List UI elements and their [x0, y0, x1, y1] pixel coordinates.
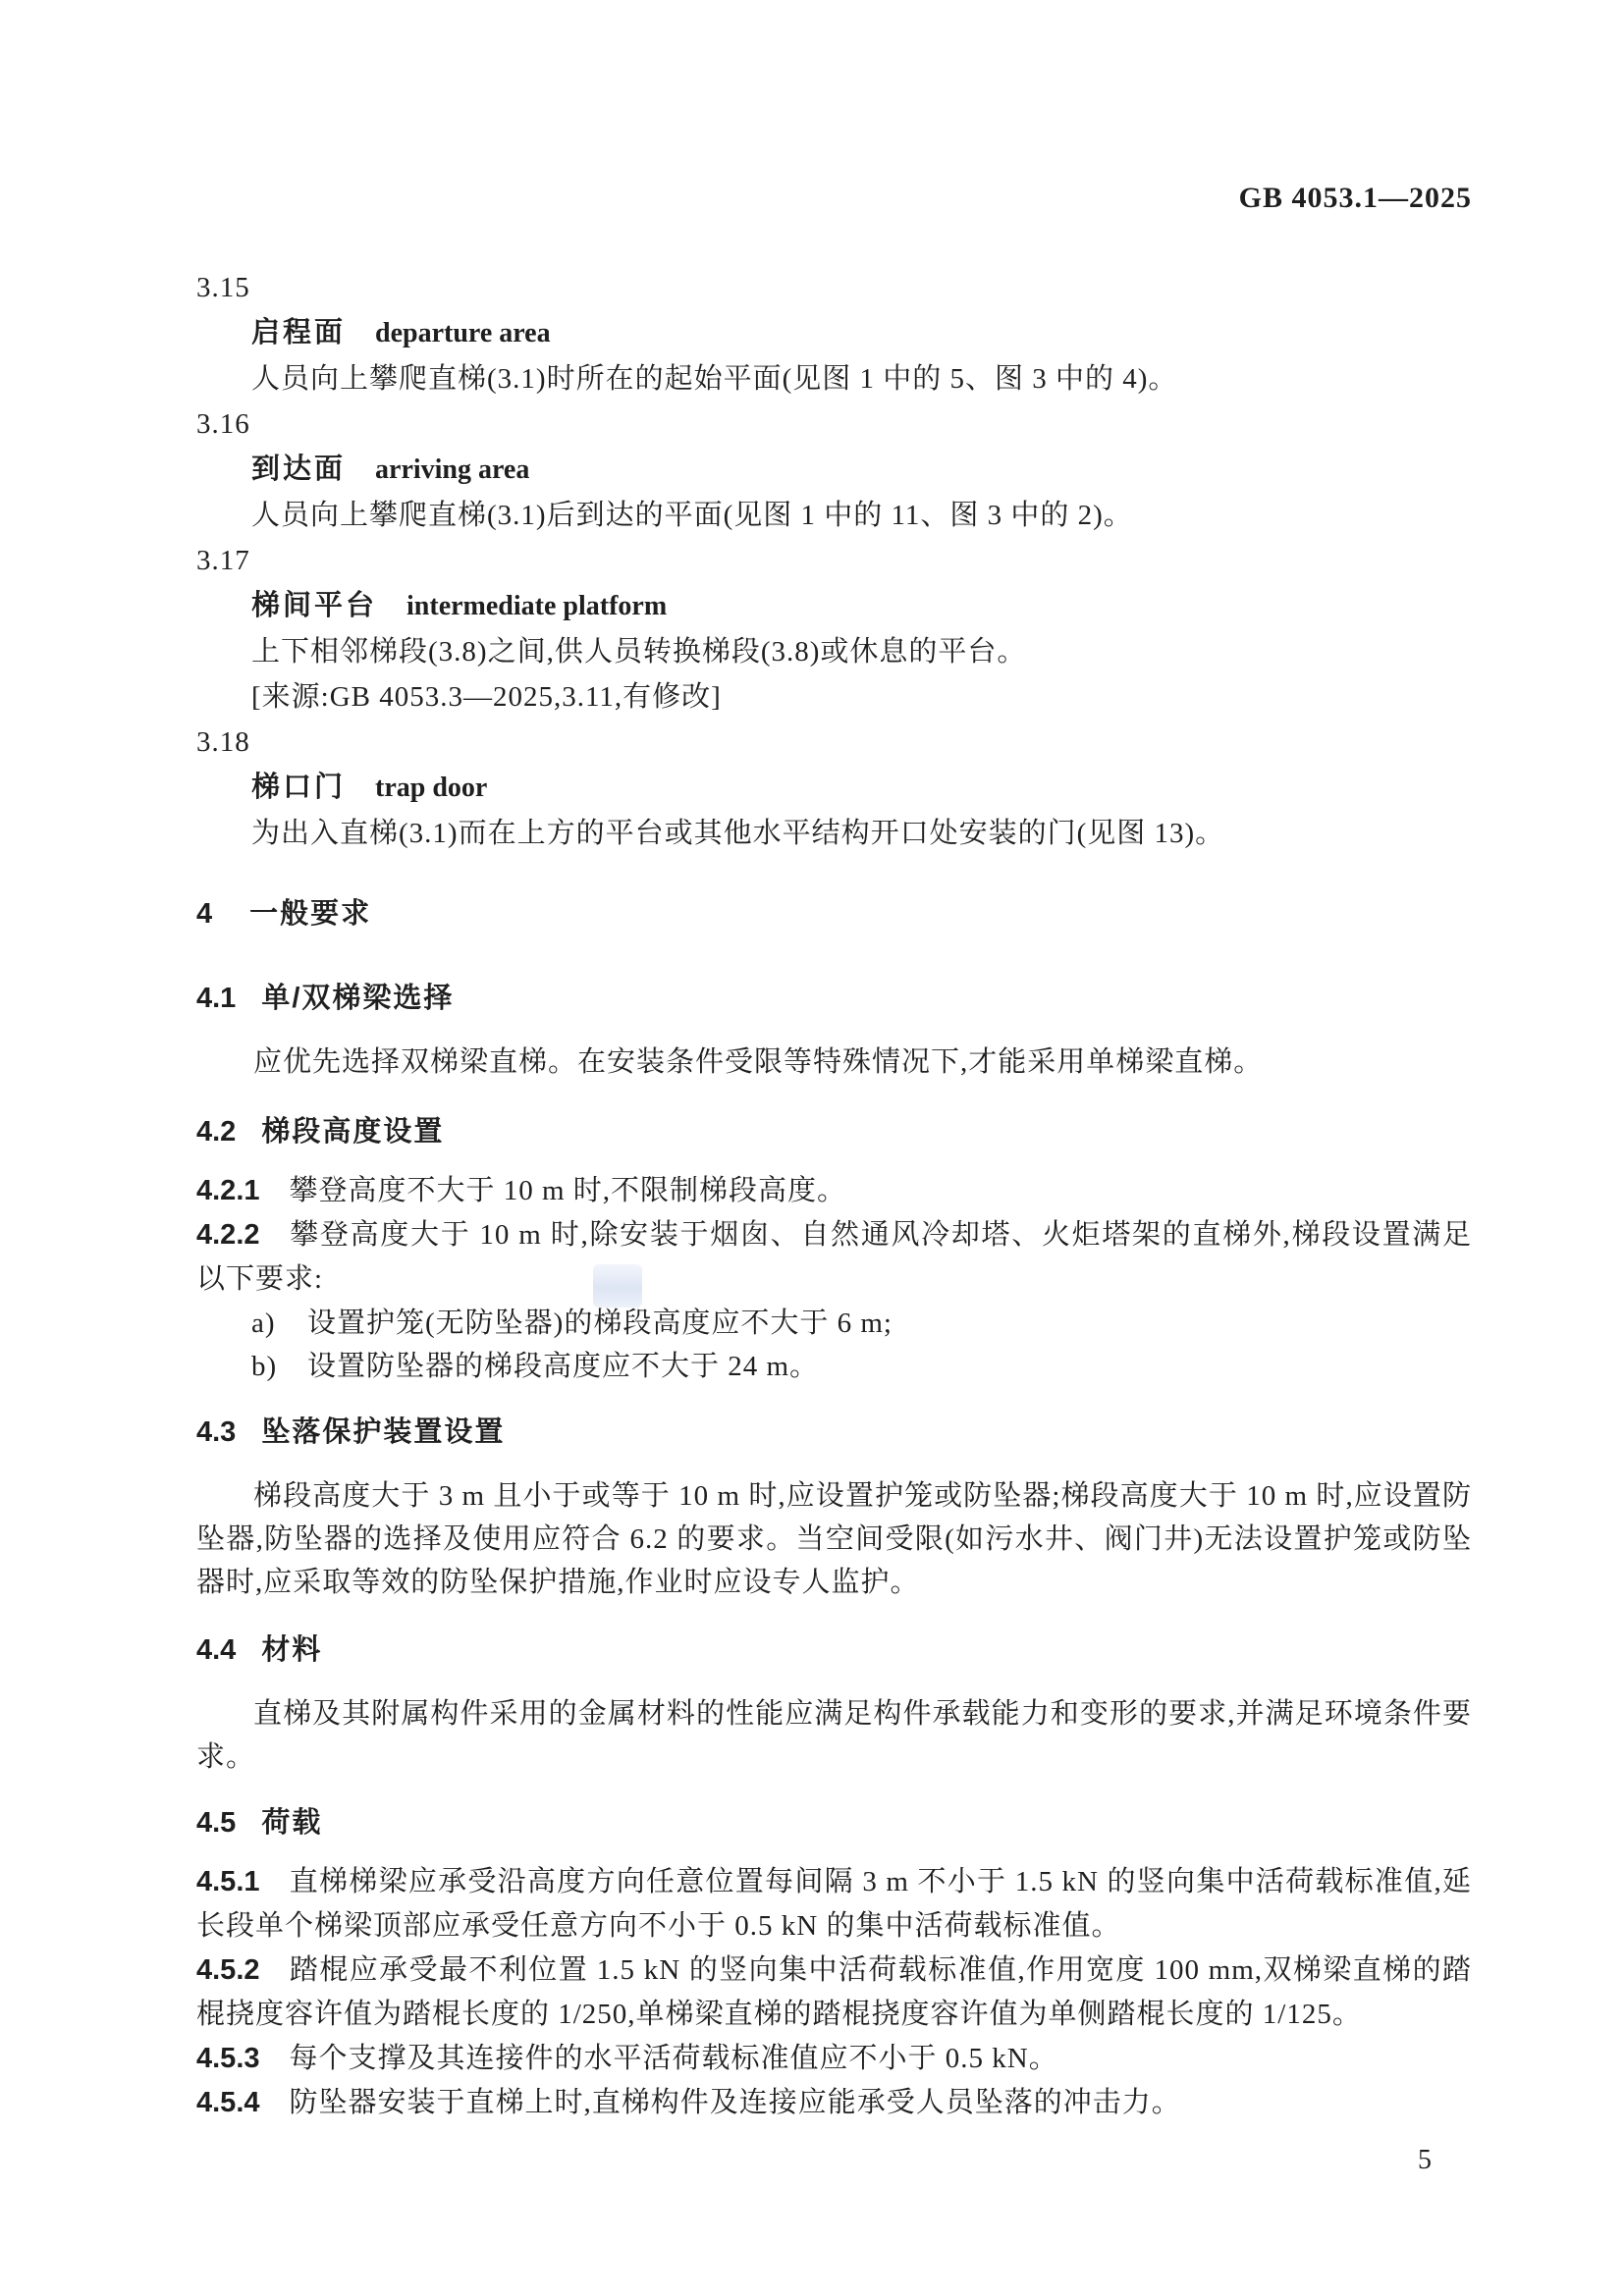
- list-text: 设置防坠器的梯段高度应不大于 24 m。: [307, 1351, 819, 1382]
- term-english: departure area: [375, 318, 551, 348]
- section-title: 材料: [261, 1634, 322, 1666]
- terms-and-definitions: 3.15 启程面departure area 人员向上攀爬直梯(3.1)时所在的…: [196, 265, 1472, 856]
- clause-number: 4.2.2: [196, 1219, 260, 1251]
- section-heading-4-2: 4.2梯段高度设置: [196, 1109, 1472, 1154]
- section-number: 4.1: [196, 983, 236, 1014]
- section-title: 梯段高度设置: [261, 1116, 444, 1148]
- term-chinese: 到达面: [251, 454, 346, 485]
- term-entry-3-16: 3.16 到达面arriving area 人员向上攀爬直梯(3.1)后到达的平…: [196, 401, 1472, 538]
- document-page: GB 4053.1—2025 3.15 启程面departure area 人员…: [0, 0, 1624, 2296]
- term-entry-3-18: 3.18 梯口门trap door 为出入直梯(3.1)而在上方的平台或其他水平…: [196, 720, 1472, 856]
- clause-text: 攀登高度不大于 10 m 时,不限制梯段高度。: [290, 1175, 847, 1206]
- clause-4-2-1: 4.2.1攀登高度不大于 10 m 时,不限制梯段高度。: [196, 1169, 1472, 1213]
- clause-number: 4.5.4: [196, 2087, 260, 2118]
- term-definition: 上下相邻梯段(3.8)之间,供人员转换梯段(3.8)或休息的平台。: [196, 629, 1472, 674]
- section-4-4-paragraph: 直梯及其附属构件采用的金属材料的性能应满足构件承载能力和变形的要求,并满足环境条…: [196, 1692, 1472, 1779]
- section-4-3-paragraph: 梯段高度大于 3 m 且小于或等于 10 m 时,应设置护笼或防坠器;梯段高度大…: [196, 1474, 1472, 1604]
- clause-text: 防坠器安装于直梯上时,直梯构件及连接应能承受人员坠落的冲击力。: [290, 2087, 1181, 2118]
- term-clause-number: 3.15: [196, 265, 1472, 310]
- term-english: trap door: [375, 773, 487, 803]
- list-marker: b): [251, 1345, 277, 1388]
- list-item-b: b)设置防坠器的梯段高度应不大于 24 m。: [196, 1345, 1472, 1388]
- section-title: 荷载: [261, 1807, 322, 1839]
- term-line: 到达面arriving area: [196, 447, 1472, 493]
- chapter-heading: 4一般要求: [196, 891, 1472, 936]
- clause-text: 踏棍应承受最不利位置 1.5 kN 的竖向集中活荷载标准值,作用宽度 100 m…: [196, 1954, 1472, 2030]
- clause-text: 每个支撑及其连接件的水平活荷载标准值应不小于 0.5 kN。: [290, 2043, 1058, 2074]
- section-heading-4-3: 4.3坠落保护装置设置: [196, 1410, 1472, 1455]
- clause-number: 4.5.3: [196, 2043, 260, 2074]
- clause-number: 4.2.1: [196, 1175, 260, 1206]
- clause-text: 攀登高度大于 10 m 时,除安装于烟囱、自然通风冷却塔、火炬塔架的直梯外,梯段…: [196, 1219, 1472, 1295]
- term-entry-3-15: 3.15 启程面departure area 人员向上攀爬直梯(3.1)时所在的…: [196, 265, 1472, 401]
- clause-text: 直梯梯梁应承受沿高度方向任意位置每间隔 3 m 不小于 1.5 kN 的竖向集中…: [196, 1866, 1472, 1942]
- term-clause-number: 3.18: [196, 720, 1472, 765]
- section-number: 4.5: [196, 1807, 236, 1839]
- list-text: 设置护笼(无防坠器)的梯段高度应不大于 6 m;: [307, 1308, 893, 1339]
- section-title: 单/双梯梁选择: [261, 983, 454, 1014]
- clause-4-5-1: 4.5.1直梯梯梁应承受沿高度方向任意位置每间隔 3 m 不小于 1.5 kN …: [196, 1860, 1472, 1949]
- section-4-1-paragraph: 应优先选择双梯梁直梯。在安装条件受限等特殊情况下,才能采用单梯梁直梯。: [196, 1041, 1472, 1084]
- section-number: 4.2: [196, 1116, 236, 1148]
- term-english: intermediate platform: [406, 591, 667, 621]
- clause-4-5-2: 4.5.2踏棍应承受最不利位置 1.5 kN 的竖向集中活荷载标准值,作用宽度 …: [196, 1949, 1472, 2037]
- list-marker: a): [251, 1302, 276, 1345]
- term-line: 梯口门trap door: [196, 765, 1472, 811]
- watermark-stamp: [593, 1264, 642, 1308]
- clause-number: 4.5.1: [196, 1866, 260, 1897]
- section-number: 4.4: [196, 1634, 236, 1666]
- chapter-title: 一般要求: [249, 898, 371, 930]
- section-heading-4-5: 4.5荷载: [196, 1800, 1472, 1845]
- clause-4-2-2: 4.2.2攀登高度大于 10 m 时,除安装于烟囱、自然通风冷却塔、火炬塔架的直…: [196, 1213, 1472, 1302]
- term-chinese: 梯口门: [251, 772, 346, 803]
- section-heading-4-4: 4.4材料: [196, 1628, 1472, 1673]
- term-chinese: 启程面: [251, 317, 346, 348]
- term-source-note: [来源:GB 4053.3—2025,3.11,有修改]: [196, 674, 1472, 720]
- section-number: 4.3: [196, 1416, 236, 1448]
- term-definition: 人员向上攀爬直梯(3.1)时所在的起始平面(见图 1 中的 5、图 3 中的 4…: [196, 356, 1472, 401]
- term-english: arriving area: [375, 454, 529, 485]
- page-number: 5: [1418, 2146, 1432, 2175]
- term-line: 启程面departure area: [196, 310, 1472, 356]
- term-clause-number: 3.16: [196, 401, 1472, 447]
- term-definition: 为出入直梯(3.1)而在上方的平台或其他水平结构开口处安装的门(见图 13)。: [196, 811, 1472, 856]
- clause-4-5-4: 4.5.4防坠器安装于直梯上时,直梯构件及连接应能承受人员坠落的冲击力。: [196, 2081, 1472, 2125]
- term-definition: 人员向上攀爬直梯(3.1)后到达的平面(见图 1 中的 11、图 3 中的 2)…: [196, 493, 1472, 538]
- list-item-a: a)设置护笼(无防坠器)的梯段高度应不大于 6 m;: [196, 1302, 1472, 1345]
- standard-code-header: GB 4053.1—2025: [196, 183, 1472, 214]
- term-line: 梯间平台intermediate platform: [196, 583, 1472, 629]
- term-entry-3-17: 3.17 梯间平台intermediate platform 上下相邻梯段(3.…: [196, 538, 1472, 720]
- section-heading-4-1: 4.1单/双梯梁选择: [196, 976, 1472, 1021]
- term-chinese: 梯间平台: [251, 590, 377, 621]
- section-title: 坠落保护装置设置: [261, 1416, 505, 1448]
- clause-4-5-3: 4.5.3每个支撑及其连接件的水平活荷载标准值应不小于 0.5 kN。: [196, 2037, 1472, 2081]
- term-clause-number: 3.17: [196, 538, 1472, 583]
- clause-number: 4.5.2: [196, 1954, 260, 1986]
- chapter-number: 4: [196, 898, 212, 930]
